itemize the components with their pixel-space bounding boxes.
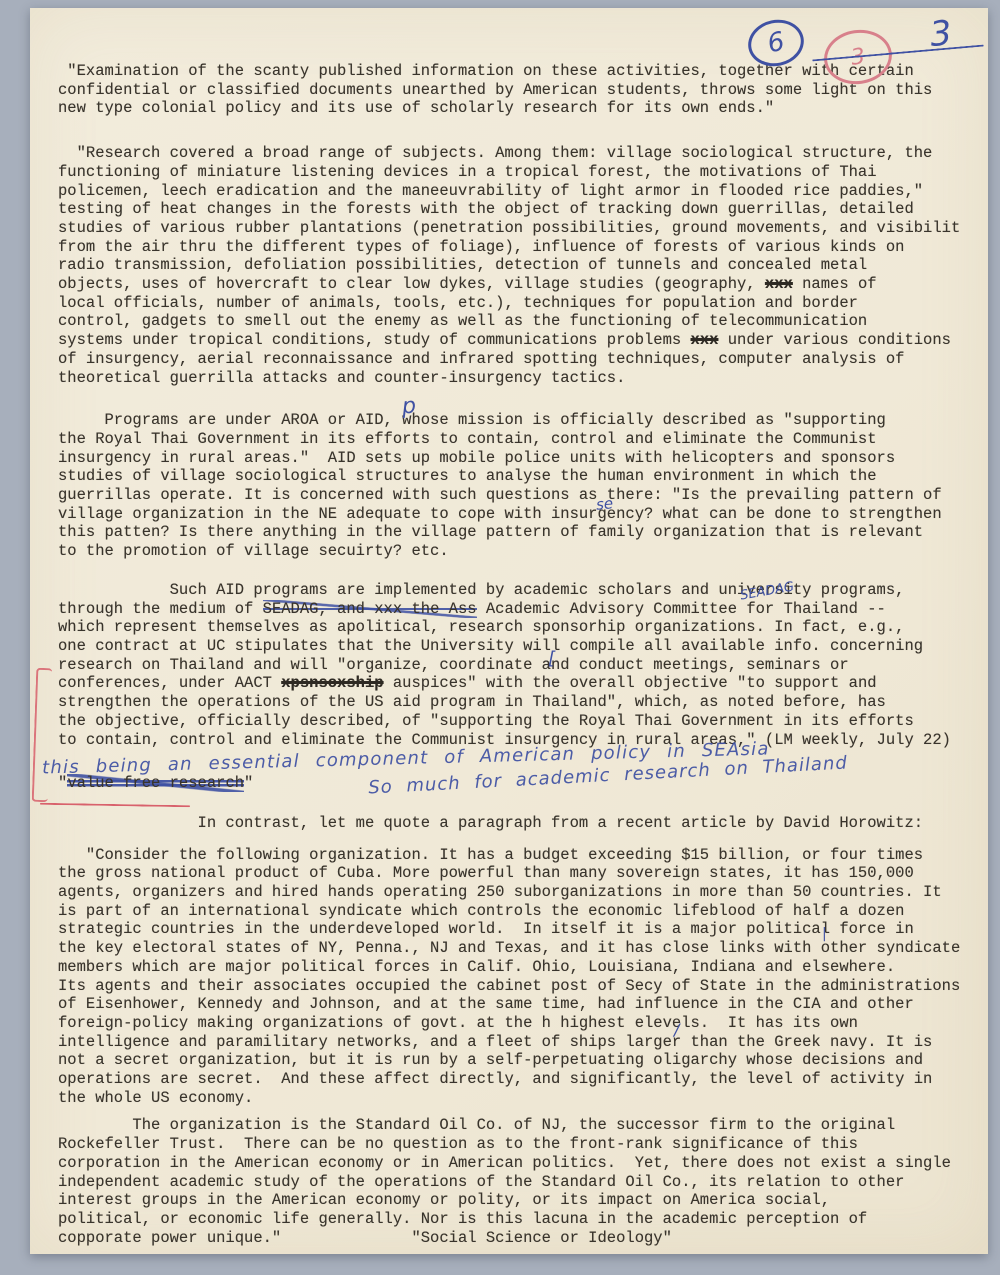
typed-text: new type colonial policy and its use of … bbox=[58, 99, 774, 117]
typed-line: confidential or classified documents une… bbox=[58, 81, 984, 100]
typed-line: In contrast, let me quote a paragraph fr… bbox=[58, 814, 984, 833]
typed-text: conferences, under AACT bbox=[58, 674, 281, 692]
typed-line: theoretical guerrilla attacks and counte… bbox=[58, 369, 984, 388]
paragraph-standard-oil: The organization is the Standard Oil Co.… bbox=[58, 1116, 984, 1247]
typed-text: this patten? Is there anything in the vi… bbox=[58, 523, 923, 541]
paper: "Examination of the scanty published inf… bbox=[30, 8, 988, 1254]
typed-text: village organization in the NE adequate … bbox=[58, 505, 942, 523]
typed-line: agents, organizers and hired hands opera… bbox=[58, 883, 984, 902]
typed-text: interest groups in the American economy … bbox=[58, 1191, 830, 1209]
typed-text: copporate power unique." "Social Science… bbox=[58, 1229, 672, 1247]
typed-text: of insurgency, aerial reconnaissance and… bbox=[58, 350, 904, 368]
typed-text: the gross national product of Cuba. More… bbox=[58, 864, 914, 882]
typed-overstrike: xpsnsoxship bbox=[281, 674, 383, 692]
typed-text: systems under tropical conditions, study… bbox=[58, 331, 691, 349]
typed-text: studies of various rubber plantations (p… bbox=[58, 219, 960, 237]
typed-line: village organization in the NE adequate … bbox=[58, 505, 984, 524]
struck-text-blue-pen: SEADAG, and xxx the Ass bbox=[263, 600, 477, 618]
typed-line: Its agents and their associates occupied… bbox=[58, 977, 984, 996]
scanned-document-photo: { "document": { "kind": "typewritten pag… bbox=[0, 0, 1000, 1275]
typed-line: the gross national product of Cuba. More… bbox=[58, 864, 984, 883]
typed-text: objects, uses of hovercraft to clear low… bbox=[58, 275, 765, 293]
typed-line: strengthen the operations of the US aid … bbox=[58, 693, 984, 712]
typed-line: studies of village sociological structur… bbox=[58, 467, 984, 486]
typed-text: from the air thru the different types of… bbox=[58, 238, 904, 256]
typewritten-text: "Examination of the scanty published inf… bbox=[58, 62, 984, 1247]
pen-tick-elevels: / bbox=[674, 1020, 679, 1039]
typed-text: "Consider the following organization. It… bbox=[58, 846, 923, 864]
typed-line: control, gadgets to smell out the enemy … bbox=[58, 312, 984, 331]
typed-line: testing of heat changes in the forests w… bbox=[58, 200, 984, 219]
typed-line: conferences, under AACT xpsnsoxship ausp… bbox=[58, 674, 984, 693]
typed-text: theoretical guerrilla attacks and counte… bbox=[58, 369, 625, 387]
typed-line: members which are major political forces… bbox=[58, 958, 984, 977]
paragraph-horowitz-quote: "Consider the following organization. It… bbox=[58, 846, 984, 1108]
handwritten-caret-will: [ bbox=[548, 648, 555, 669]
typed-overstrike: xxx bbox=[691, 331, 719, 349]
typed-text: political, or economic life generally. N… bbox=[58, 1210, 867, 1228]
typed-line: independent academic study of the operat… bbox=[58, 1173, 984, 1192]
typed-text: Its agents and their associates occupied… bbox=[58, 977, 960, 995]
typed-text: In contrast, let me quote a paragraph fr… bbox=[58, 814, 923, 832]
typed-line: operations are secret. And these affect … bbox=[58, 1070, 984, 1089]
typed-text: the whole US economy. bbox=[58, 1089, 253, 1107]
typed-text: members which are major political forces… bbox=[58, 958, 895, 976]
typed-line: objects, uses of hovercraft to clear low… bbox=[58, 275, 984, 294]
typed-line: to the promotion of village secuirty? et… bbox=[58, 542, 984, 561]
typed-line: political, or economic life generally. N… bbox=[58, 1210, 984, 1229]
typed-line: Such AID programs are implemented by aca… bbox=[58, 581, 984, 600]
typed-line: studies of various rubber plantations (p… bbox=[58, 219, 984, 238]
typed-text: corporation in the American economy or i… bbox=[58, 1154, 951, 1172]
typed-text: "Examination of the scanty published inf… bbox=[58, 62, 914, 80]
typed-text: " bbox=[244, 774, 253, 792]
typed-text: Academic Advisory Committee for Thailand… bbox=[477, 600, 886, 618]
typed-line: which represent themselves as apolitical… bbox=[58, 618, 984, 637]
typed-line: one contract at UC stipulates that the U… bbox=[58, 637, 984, 656]
typed-text: through the medium of bbox=[58, 600, 263, 618]
typed-line: guerrillas operate. It is concerned with… bbox=[58, 486, 984, 505]
typed-text: Rockefeller Trust. There can be no quest… bbox=[58, 1135, 858, 1153]
typed-text: not a secret organization, but it is run… bbox=[58, 1051, 923, 1069]
typed-line: new type colonial policy and its use of … bbox=[58, 99, 984, 118]
typed-text: agents, organizers and hired hands opera… bbox=[58, 883, 942, 901]
typed-line: foreign-policy making organizations of g… bbox=[58, 1014, 984, 1033]
typed-text: radio transmission, defoliation possibil… bbox=[58, 256, 867, 274]
typed-text: intelligence and paramilitary networks, … bbox=[58, 1033, 932, 1051]
typed-text: foreign-policy making organizations of g… bbox=[58, 1014, 858, 1032]
typed-text: "Research covered a broad range of subje… bbox=[58, 144, 932, 162]
typed-line: radio transmission, defoliation possibil… bbox=[58, 256, 984, 275]
typed-line: research on Thailand and will "organize,… bbox=[58, 656, 984, 675]
typed-text: names of bbox=[793, 275, 877, 293]
typed-line: policemen, leech eradication and the man… bbox=[58, 182, 984, 201]
typed-line: functioning of miniature listening devic… bbox=[58, 163, 984, 182]
typed-text: guerrillas operate. It is concerned with… bbox=[58, 486, 942, 504]
typed-text: of Eisenhower, Kennedy and Johnson, and … bbox=[58, 995, 914, 1013]
typed-line: not a secret organization, but it is run… bbox=[58, 1051, 984, 1070]
typed-text: policemen, leech eradication and the man… bbox=[58, 182, 923, 200]
typed-text: the Royal Thai Government in its efforts… bbox=[58, 430, 877, 448]
typed-text: insurgency in rural areas." AID sets up … bbox=[58, 449, 895, 467]
typed-line: through the medium of SEADAG, and xxx th… bbox=[58, 600, 984, 619]
paragraph-aid-programs: Such AID programs are implemented by aca… bbox=[58, 581, 984, 749]
typed-line: this patten? Is there anything in the vi… bbox=[58, 523, 984, 542]
typed-text: The organization is the Standard Oil Co.… bbox=[58, 1116, 895, 1134]
typed-line: the Royal Thai Government in its efforts… bbox=[58, 430, 984, 449]
page-number-3-blue: 3 bbox=[928, 13, 954, 55]
typed-line: from the air thru the different types of… bbox=[58, 238, 984, 257]
typed-line: interest groups in the American economy … bbox=[58, 1191, 984, 1210]
typed-text: confidential or classified documents une… bbox=[58, 81, 932, 99]
handwritten-p-over-aroa: p bbox=[401, 394, 417, 420]
typed-text: control, gadgets to smell out the enemy … bbox=[58, 312, 867, 330]
typed-line: corporation in the American economy or i… bbox=[58, 1154, 984, 1173]
typed-text: is part of an international syndicate wh… bbox=[58, 902, 904, 920]
typed-text: which represent themselves as apolitical… bbox=[58, 618, 904, 636]
typed-overstrike: xxx bbox=[765, 275, 793, 293]
typed-text: auspices" with the overall objective "to… bbox=[384, 674, 877, 692]
typed-text: strategic countries in the underdevelope… bbox=[58, 920, 914, 938]
typed-line: is part of an international syndicate wh… bbox=[58, 902, 984, 921]
typed-line: copporate power unique." "Social Science… bbox=[58, 1229, 984, 1248]
typed-line: the key electoral states of NY, Penna., … bbox=[58, 939, 984, 958]
typed-text: Programs are under AROA or AID, whose mi… bbox=[58, 411, 886, 429]
typed-text: studies of village sociological structur… bbox=[58, 467, 877, 485]
typed-text: research on Thailand and will "organize,… bbox=[58, 656, 849, 674]
typed-text: the objective, officially described, of … bbox=[58, 712, 914, 730]
paragraph-arpa-aid: Programs are under AROA or AID, whose mi… bbox=[58, 411, 984, 561]
paragraph-in-contrast: In contrast, let me quote a paragraph fr… bbox=[58, 814, 984, 833]
typed-line: Rockefeller Trust. There can be no quest… bbox=[58, 1135, 984, 1154]
typed-line: The organization is the Standard Oil Co.… bbox=[58, 1116, 984, 1135]
paragraph-research-range: "Research covered a broad range of subje… bbox=[58, 144, 984, 387]
typed-line: strategic countries in the underdevelope… bbox=[58, 920, 984, 939]
typed-text: independent academic study of the operat… bbox=[58, 1173, 904, 1191]
typed-line: intelligence and paramilitary networks, … bbox=[58, 1033, 984, 1052]
typed-line: insurgency in rural areas." AID sets up … bbox=[58, 449, 984, 468]
typed-line: of insurgency, aerial reconnaissance and… bbox=[58, 350, 984, 369]
typed-text: operations are secret. And these affect … bbox=[58, 1070, 932, 1088]
typed-text: one contract at UC stipulates that the U… bbox=[58, 637, 923, 655]
handwritten-se-correction: se bbox=[595, 494, 614, 513]
typed-line: the whole US economy. bbox=[58, 1089, 984, 1108]
typed-line: Programs are under AROA or AID, whose mi… bbox=[58, 411, 984, 430]
pen-tick-it: | bbox=[822, 926, 827, 942]
typed-text: testing of heat changes in the forests w… bbox=[58, 200, 914, 218]
red-margin-bracket bbox=[32, 668, 53, 802]
typed-line: "Consider the following organization. It… bbox=[58, 846, 984, 865]
typed-text: local officials, number of animals, tool… bbox=[58, 294, 858, 312]
typed-text: to the promotion of village secuirty? et… bbox=[58, 542, 449, 560]
typed-line: systems under tropical conditions, study… bbox=[58, 331, 984, 350]
typed-text: under various conditions bbox=[718, 331, 951, 349]
typed-line: the objective, officially described, of … bbox=[58, 712, 984, 731]
typed-line: local officials, number of animals, tool… bbox=[58, 294, 984, 313]
typed-line: "Research covered a broad range of subje… bbox=[58, 144, 984, 163]
typed-text: functioning of miniature listening devic… bbox=[58, 163, 877, 181]
typed-text: strengthen the operations of the US aid … bbox=[58, 693, 886, 711]
typed-line: of Eisenhower, Kennedy and Johnson, and … bbox=[58, 995, 984, 1014]
